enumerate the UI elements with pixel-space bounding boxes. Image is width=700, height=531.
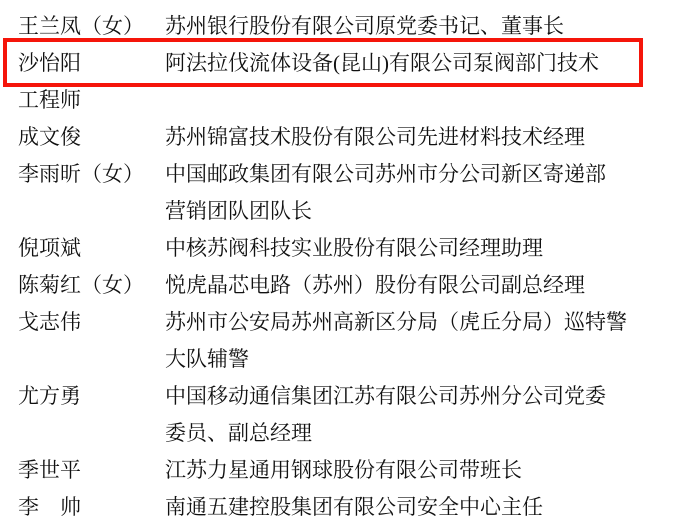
entry-continuation-line: 大队辅警: [18, 341, 690, 378]
entry-name: 成文俊: [18, 119, 165, 156]
entry-name: 李雨昕（女）: [18, 156, 165, 193]
document-page: 王兰凤（女）苏州银行股份有限公司原党委书记、董事长 沙怡阳阿法拉伐流体设备(昆山…: [0, 0, 700, 531]
entry-line: 尤方勇中国移动通信集团江苏有限公司苏州分公司党委: [18, 378, 690, 415]
entry-line: 季世平江苏力星通用钢球股份有限公司带班长: [18, 452, 690, 489]
entry-text: 中核苏阀科技实业股份有限公司经理助理: [165, 230, 543, 267]
entry-name: 沙怡阳: [18, 45, 165, 82]
entry-name: 尤方勇: [18, 378, 165, 415]
entry-text: 苏州锦富技术股份有限公司先进材料技术经理: [165, 119, 585, 156]
entry-text: 中国移动通信集团江苏有限公司苏州分公司党委: [165, 378, 606, 415]
highlighted-entry-line: 沙怡阳阿法拉伐流体设备(昆山)有限公司泵阀部门技术: [18, 45, 690, 82]
entry-continuation-line: 委员、副总经理: [18, 415, 690, 452]
entry-name: 王兰凤（女）: [18, 8, 165, 45]
entry-text: 阿法拉伐流体设备(昆山)有限公司泵阀部门技术: [165, 45, 599, 82]
entry-line: 陈菊红（女）悦虎晶芯电路（苏州）股份有限公司副总经理: [18, 267, 690, 304]
entry-text: 江苏力星通用钢球股份有限公司带班长: [165, 452, 522, 489]
entry-name: 倪项斌: [18, 230, 165, 267]
entry-name: 戈志伟: [18, 304, 165, 341]
entry-line: 李雨昕（女）中国邮政集团有限公司苏州市分公司新区寄递部: [18, 156, 690, 193]
entry-text: 苏州银行股份有限公司原党委书记、董事长: [165, 8, 564, 45]
entry-text: 悦虎晶芯电路（苏州）股份有限公司副总经理: [165, 267, 585, 304]
entry-text: 营销团队团队长: [165, 193, 312, 230]
entry-text: 委员、副总经理: [165, 415, 312, 452]
entry-continuation-line: 营销团队团队长: [18, 193, 690, 230]
entry-line: 李 帅南通五建控股集团有限公司安全中心主任: [18, 489, 690, 526]
entry-text: 工程师: [18, 82, 81, 119]
entry-line: 倪项斌中核苏阀科技实业股份有限公司经理助理: [18, 230, 690, 267]
entry-text: 苏州市公安局苏州高新区分局（虎丘分局）巡特警: [165, 304, 627, 341]
entry-line: 王兰凤（女）苏州银行股份有限公司原党委书记、董事长: [18, 8, 690, 45]
entry-continuation-line: 工程师: [18, 82, 690, 119]
entry-text: 大队辅警: [165, 341, 249, 378]
entry-line: 成文俊苏州锦富技术股份有限公司先进材料技术经理: [18, 119, 690, 156]
entry-name: 陈菊红（女）: [18, 267, 165, 304]
entry-line: 戈志伟苏州市公安局苏州高新区分局（虎丘分局）巡特警: [18, 304, 690, 341]
roster-list: 王兰凤（女）苏州银行股份有限公司原党委书记、董事长 沙怡阳阿法拉伐流体设备(昆山…: [18, 8, 690, 526]
entry-text: 中国邮政集团有限公司苏州市分公司新区寄递部: [165, 156, 606, 193]
entry-name: 季世平: [18, 452, 165, 489]
entry-name: 李 帅: [18, 489, 165, 526]
entry-text: 南通五建控股集团有限公司安全中心主任: [165, 489, 543, 526]
